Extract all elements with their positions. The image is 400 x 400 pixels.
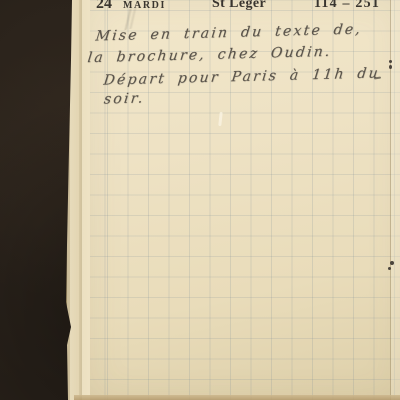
- page-reference: 114 – 251: [314, 0, 380, 12]
- ink-speck: [390, 261, 394, 265]
- saint-of-day: St Léger: [212, 0, 266, 12]
- day-number: 24: [96, 0, 112, 13]
- ink-speck: [389, 60, 392, 63]
- right-page-edge: [391, 0, 400, 400]
- page-bottom-edge: [74, 395, 400, 400]
- scanned-diary-photo: 24 MARDI St Léger 114 – 251 Mise en trai…: [0, 0, 400, 400]
- ink-speck: [388, 267, 391, 270]
- ink-speck: [389, 65, 392, 69]
- diary-page: 24 MARDI St Léger 114 – 251 Mise en trai…: [90, 0, 400, 400]
- handwriting-line-4: soir.: [103, 90, 146, 107]
